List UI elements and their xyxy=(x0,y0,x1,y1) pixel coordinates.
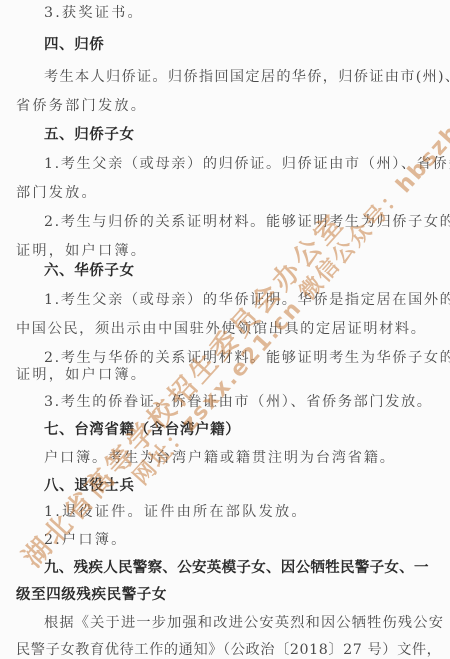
list-item: 1.退役证件。证件由所在部队发放。 xyxy=(44,503,308,521)
section-heading-returned-overseas-chinese: 四、归侨 xyxy=(44,36,104,54)
list-item: 2.考生与归侨的关系证明材料。能够证明考生为归侨子女的 xyxy=(44,213,450,231)
list-item-continued: 证明，如户口簿。 xyxy=(16,366,147,384)
document-page: 3.获奖证书。 四、归侨 考生本人归侨证。归侨指回国定居的华侨，归侨证由市(州)… xyxy=(0,0,450,659)
list-item-continued: 中国公民，须出示由中国驻外使领馆出具的定居证明材料。 xyxy=(16,320,426,338)
list-item: 3.考生的侨眷证。侨眷证由市（州）、省侨务部门发放。 xyxy=(44,393,433,411)
list-item: 1.考生父亲（或母亲）的华侨证明。华侨是指定居在国外的 xyxy=(44,291,450,309)
section-heading-taiwan-province: 七、台湾省籍（含台湾户籍） xyxy=(44,421,240,439)
section-heading-police-children-continued: 级至四级残疾民警子女 xyxy=(16,586,167,604)
award-certificate-item: 3.获奖证书。 xyxy=(44,4,144,22)
paragraph-text: 根据《关于进一步加强和改进公安英烈和因公牺牲伤残公安 xyxy=(44,614,444,632)
paragraph-text: 户口簿。考生为台湾户籍或籍贯注明为台湾省籍。 xyxy=(44,449,396,467)
list-item: 2.户口簿。 xyxy=(44,531,128,549)
section-heading-police-children: 九、残疾人民警察、公安英模子女、因公牺牲民警子女、一 xyxy=(44,559,429,577)
section-heading-children-of-overseas-chinese: 六、华侨子女 xyxy=(44,262,135,280)
paragraph-text: 考生本人归侨证。归侨指回国定居的华侨，归侨证由市(州)、 xyxy=(44,68,450,86)
list-item: 1.考生父亲（或母亲）的归侨证。归侨证由市（州）、省侨务 xyxy=(44,155,450,173)
paragraph-text-continued: 民警子女教育优待工作的通知》（公政治〔2018〕27 号）文件， xyxy=(16,641,441,659)
list-item: 2.考生与华侨的关系证明材料。能够证明考生为华侨子女的 xyxy=(44,349,450,367)
section-heading-retired-soldiers: 八、退役士兵 xyxy=(44,477,135,495)
list-item-continued: 部门发放。 xyxy=(16,184,98,202)
list-item-continued: 证明，如户口簿。 xyxy=(16,242,147,260)
section-heading-children-of-returned-overseas-chinese: 五、归侨子女 xyxy=(44,126,135,144)
paragraph-text-continued: 省侨务部门发放。 xyxy=(16,97,147,115)
